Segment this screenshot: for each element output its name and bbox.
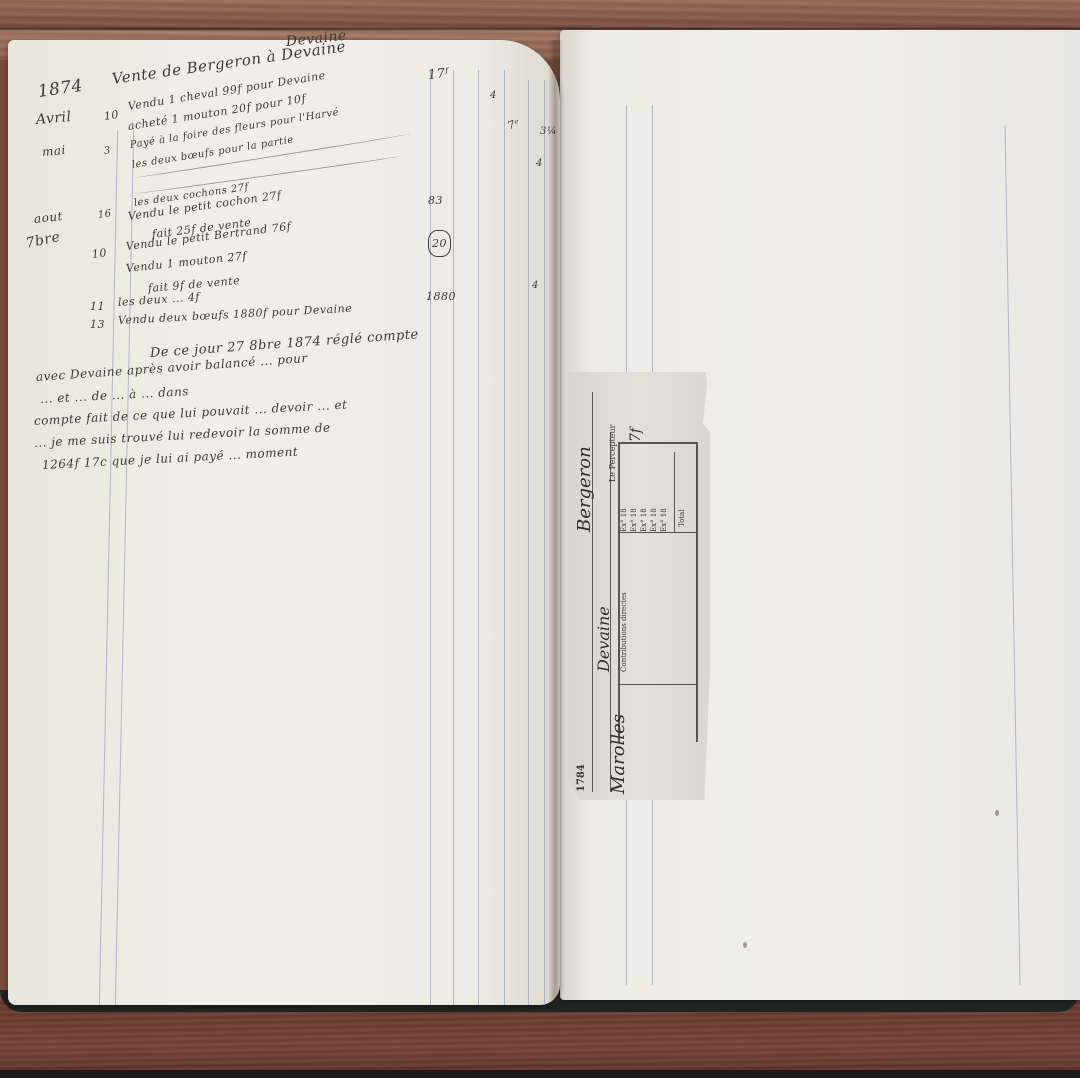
margin-note: 4 xyxy=(536,158,543,169)
entry-day: 10 xyxy=(103,108,120,123)
tax-receipt-slip: Le Percepteur 7f Bergeron Devaine Ex° 18… xyxy=(568,372,710,800)
receipt-rule xyxy=(618,532,698,533)
ruled-line xyxy=(430,70,431,1005)
entry-amount: 83 xyxy=(428,194,443,207)
month-label: aout xyxy=(33,209,63,226)
entry-day: 11 xyxy=(90,300,105,313)
ruled-line xyxy=(453,70,454,1005)
ruled-line xyxy=(528,80,529,1005)
margin-note: 3¼ xyxy=(540,126,557,137)
ruled-line xyxy=(544,80,545,1005)
receipt-total-label: Total xyxy=(678,509,686,527)
receipt-ex-row: Ex° 18 xyxy=(640,508,648,532)
entry-day: 10 xyxy=(91,246,107,261)
collector-label: Le Percepteur xyxy=(608,425,617,482)
image-bottom-border xyxy=(0,1070,1080,1078)
ruled-line xyxy=(1004,125,1020,985)
receipt-ex-row: Ex° 18 xyxy=(630,508,638,532)
receipt-commune: Marolles xyxy=(608,714,629,794)
entry-amount-circled: 20 xyxy=(428,230,451,257)
receipt-ex-row: Ex° 18 xyxy=(620,508,628,532)
entry-day: 16 xyxy=(97,208,112,221)
ledger-left-page xyxy=(8,40,560,1005)
receipt-rule xyxy=(674,452,675,532)
amount-column-header: 17ᶠ xyxy=(427,66,450,83)
ruled-line xyxy=(99,130,118,1005)
entry-day: 3 xyxy=(103,145,111,157)
receipt-signature: 7f xyxy=(628,428,644,442)
receipt-taxpayer-name: Bergeron xyxy=(574,446,595,532)
book-gutter xyxy=(548,40,562,1005)
margin-note: 4 xyxy=(532,280,539,291)
ruled-line xyxy=(478,70,479,1005)
receipt-rule xyxy=(618,684,698,685)
month-label: mai xyxy=(41,143,66,159)
receipt-handwritten-line: Devaine xyxy=(594,606,613,672)
paper-stain xyxy=(995,810,999,816)
receipt-number: 1784 xyxy=(576,764,587,792)
receipt-rule xyxy=(618,442,698,444)
margin-note: 4 xyxy=(490,90,497,101)
paper-stain xyxy=(743,942,747,948)
ruled-line xyxy=(504,70,505,1005)
receipt-ex-row: Ex° 18 xyxy=(650,508,658,532)
entry-amount: 1880 xyxy=(426,290,456,303)
receipt-printed-label: Contributions directes xyxy=(620,592,628,672)
receipt-ex-row: Ex° 18 xyxy=(660,508,668,532)
entry-day: 13 xyxy=(90,318,105,331)
month-label: Avril xyxy=(35,109,72,128)
receipt-rule xyxy=(696,442,698,742)
